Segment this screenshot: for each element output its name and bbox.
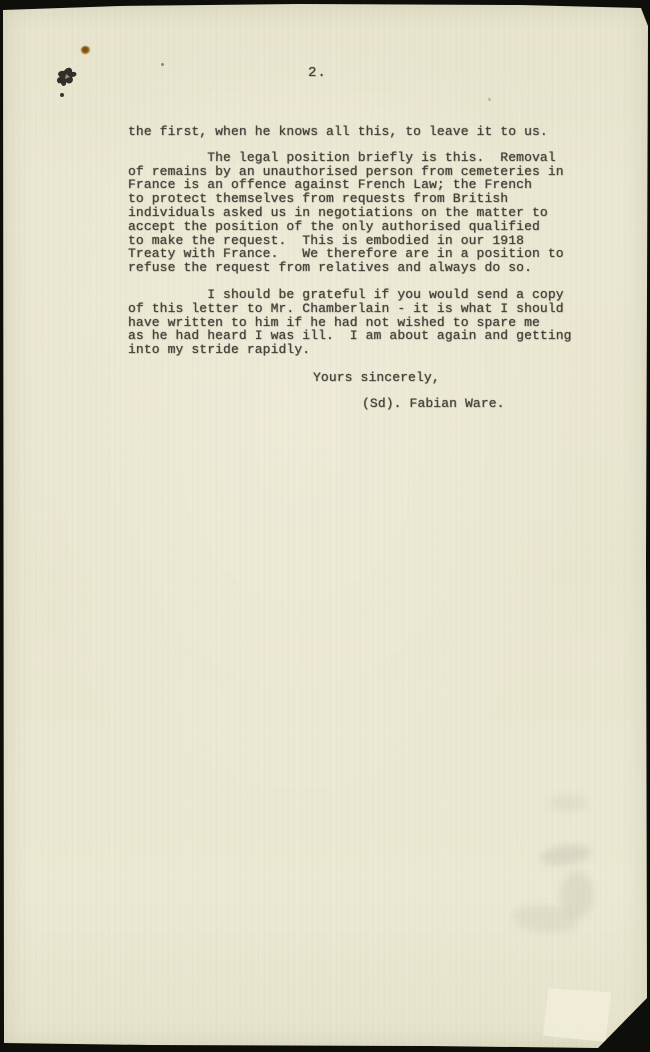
pencil-smudge [539,841,593,868]
text-line: refuse the request from relatives and al… [128,261,588,275]
text-line: of this letter to Mr. Chamberlain - it i… [128,302,588,316]
text-line: individuals asked us in negotiations on … [128,206,588,220]
text-line: accept the position of the only authoris… [128,220,588,234]
letter-body: the first, when he knows all this, to le… [128,125,588,411]
text-line: Treaty with France. We therefore are in … [128,247,588,261]
pencil-smudge [560,872,594,918]
pencil-smudge [548,795,588,811]
scan-background: 2. the first, when he knows all this, to… [0,0,650,1052]
paragraph-1: the first, when he knows all this, to le… [128,125,588,139]
page-number: 2. [308,65,327,81]
text-line: have written to him if he had not wished… [128,316,588,330]
rust-stain [81,46,90,54]
letter-page: 2. the first, when he knows all this, to… [0,0,650,1052]
paper-speck [488,98,491,101]
text-line: into my stride rapidly. [128,343,588,357]
corner-light-patch [543,988,611,1042]
closing-salutation: Yours sincerely, [313,371,588,385]
paragraph-2: The legal position briefly is this. Remo… [128,151,588,275]
ink-blot-mark [54,64,84,100]
text-line: the first, when he knows all this, to le… [128,125,588,139]
signature-line: (Sd). Fabian Ware. [362,397,588,411]
text-line: I should be grateful if you would send a… [128,288,588,302]
text-line: to protect themselves from requests from… [128,192,588,206]
text-line: The legal position briefly is this. Remo… [128,151,588,165]
paper-speck [161,63,164,66]
paragraph-3: I should be grateful if you would send a… [128,288,588,357]
text-line: France is an offence against French Law;… [128,178,588,192]
text-line: as he had heard I was ill. I am about ag… [128,329,588,343]
text-line: of remains by an unauthorised person fro… [128,165,588,179]
text-line: to make the request. This is embodied in… [128,234,588,248]
pencil-smudge [511,902,579,936]
